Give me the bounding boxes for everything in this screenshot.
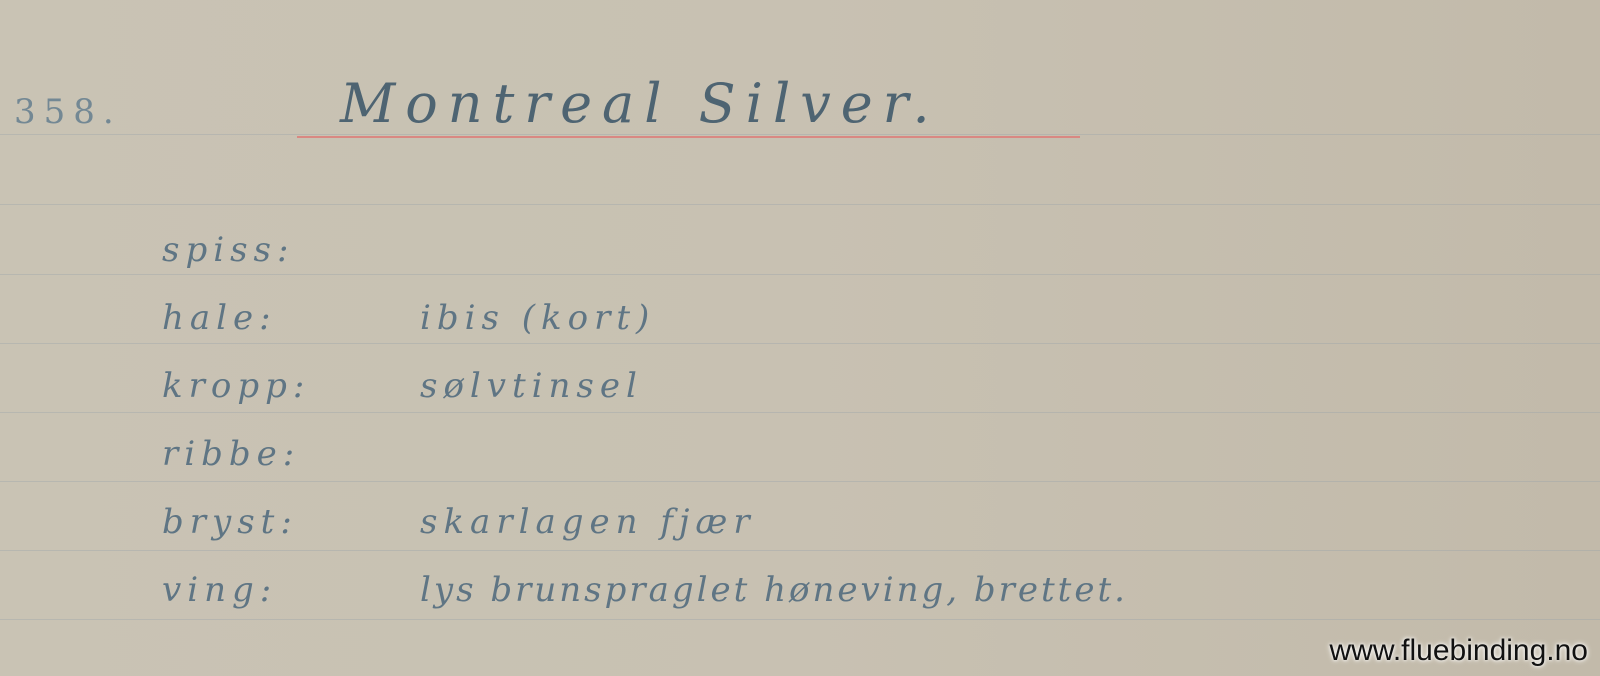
ruled-line [0,550,1600,551]
ruled-line [0,481,1600,482]
field-label-tag: spiss: [162,230,294,270]
title-underline [297,136,1080,138]
field-label-rib: ribbe: [162,434,300,474]
ruled-line [0,343,1600,344]
field-label-tail: hale: [162,298,277,338]
ruled-line [0,274,1600,275]
watermark-link: www.fluebinding.no [1329,634,1588,668]
ruled-line [0,204,1600,205]
fly-pattern-title: Montreal Silver. [340,72,940,135]
ruled-line [0,412,1600,413]
field-value-tail: ibis (kort) [420,298,655,338]
field-value-throat: skarlagen fjær [420,502,756,542]
field-label-body: kropp: [162,366,310,406]
entry-number: 358. [14,92,122,132]
field-value-wing: lys brunspraglet høneving, brettet. [420,570,1128,610]
ruled-line [0,619,1600,620]
field-value-body: sølvtinsel [420,366,643,406]
field-label-throat: bryst: [162,502,298,542]
notebook-page: 358. Montreal Silver. spiss: hale: ibis … [0,0,1600,676]
field-label-wing: ving: [162,570,277,610]
